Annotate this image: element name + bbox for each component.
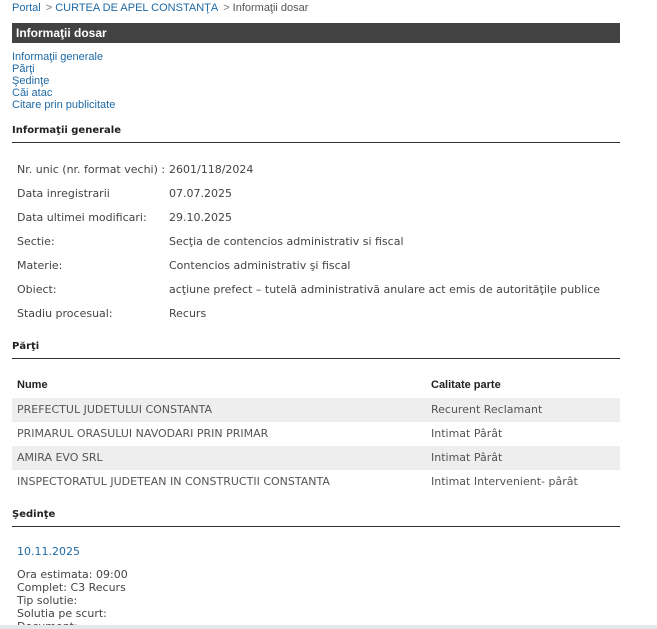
- toc-link-citare[interactable]: Citare prin publicitate: [12, 99, 115, 111]
- info-label: Nr. unic (nr. format vechi) :: [17, 160, 169, 184]
- sedinta-tip-solutie: Tip solutie:: [17, 594, 128, 607]
- info-row: Data inregistrarii07.07.2025: [17, 184, 600, 208]
- info-row: Materie:Contencios administrativ şi fisc…: [17, 256, 600, 280]
- party-name: PREFECTUL JUDETULUI CONSTANTA: [12, 398, 425, 422]
- info-row: Obiect:acţiune prefect – tutelă administ…: [17, 280, 600, 304]
- parti-table: Nume Calitate parte PREFECTUL JUDETULUI …: [12, 374, 620, 494]
- party-name: PRIMARUL ORASULUI NAVODARI PRIN PRIMAR: [12, 422, 425, 446]
- sedinta-complet: Complet: C3 Recurs: [17, 581, 128, 594]
- breadcrumb-current: Informaţii dosar: [233, 2, 309, 14]
- section-heading-parti: Părţi: [12, 341, 620, 359]
- sedinta-entry: 10.11.2025 Ora estimata: 09:00 Complet: …: [17, 545, 128, 629]
- info-value: 07.07.2025: [169, 184, 232, 208]
- sedinta-solutie: Solutia pe scurt:: [17, 607, 128, 620]
- info-value: Recurs: [169, 304, 206, 328]
- info-value: Contencios administrativ şi fiscal: [169, 256, 351, 280]
- breadcrumb-portal-link[interactable]: Portal: [12, 2, 41, 14]
- toc-link-parti[interactable]: Părţi: [12, 63, 115, 75]
- toc-link-informatii-generale[interactable]: Informaţii generale: [12, 51, 115, 63]
- party-role: Intimat Pârât: [425, 422, 620, 446]
- party-role: Intimat Intervenient- pârât: [425, 470, 620, 494]
- info-row: Data ultimei modificari:29.10.2025: [17, 208, 600, 232]
- page-title: Informaţii dosar: [12, 23, 620, 43]
- party-name: INSPECTORATUL JUDETEAN IN CONSTRUCTII CO…: [12, 470, 425, 494]
- general-info-table: Nr. unic (nr. format vechi) :2601/118/20…: [17, 160, 600, 328]
- parti-table-body: PREFECTUL JUDETULUI CONSTANTARecurent Re…: [12, 398, 620, 494]
- party-role: Intimat Pârât: [425, 446, 620, 470]
- breadcrumb-court-link[interactable]: CURTEA DE APEL CONSTANŢA: [55, 2, 218, 14]
- party-name: AMIRA EVO SRL: [12, 446, 425, 470]
- info-value: 29.10.2025: [169, 208, 232, 232]
- info-label: Data inregistrarii: [17, 184, 169, 208]
- info-label: Sectie:: [17, 232, 169, 256]
- column-header-nume: Nume: [12, 374, 425, 398]
- party-role: Recurent Reclamant: [425, 398, 620, 422]
- info-value: 2601/118/2024: [169, 160, 253, 184]
- info-label: Data ultimei modificari:: [17, 208, 169, 232]
- breadcrumb-separator: >: [46, 2, 52, 14]
- toc-link-sedinte[interactable]: Şedinţe: [12, 75, 115, 87]
- breadcrumb-separator: >: [223, 2, 229, 14]
- sedinta-date: 10.11.2025: [17, 545, 128, 558]
- table-row: INSPECTORATUL JUDETEAN IN CONSTRUCTII CO…: [12, 470, 620, 494]
- toc-link-cai-atac[interactable]: Căi atac: [12, 87, 115, 99]
- sedinta-ora: Ora estimata: 09:00: [17, 568, 128, 581]
- table-row: PREFECTUL JUDETULUI CONSTANTARecurent Re…: [12, 398, 620, 422]
- table-of-contents: Informaţii generale Părţi Şedinţe Căi at…: [12, 51, 115, 111]
- column-header-calitate: Calitate parte: [425, 374, 620, 398]
- table-row: PRIMARUL ORASULUI NAVODARI PRIN PRIMARIn…: [12, 422, 620, 446]
- info-row: Sectie:Secţia de contencios administrati…: [17, 232, 600, 256]
- info-label: Materie:: [17, 256, 169, 280]
- table-row: AMIRA EVO SRLIntimat Pârât: [12, 446, 620, 470]
- info-value: acţiune prefect – tutelă administrativă …: [169, 280, 600, 304]
- info-label: Stadiu procesual:: [17, 304, 169, 328]
- breadcrumb: Portal>CURTEA DE APEL CONSTANŢA>Informaţ…: [12, 2, 308, 14]
- section-heading-general: Informaţii generale: [12, 125, 620, 143]
- parti-table-header: Nume Calitate parte: [12, 374, 620, 398]
- info-row: Stadiu procesual:Recurs: [17, 304, 600, 328]
- bottom-scroll-edge: [0, 625, 657, 629]
- info-value: Secţia de contencios administrativ si fi…: [169, 232, 404, 256]
- section-heading-sedinte: Şedinţe: [12, 509, 620, 527]
- info-label: Obiect:: [17, 280, 169, 304]
- info-row: Nr. unic (nr. format vechi) :2601/118/20…: [17, 160, 600, 184]
